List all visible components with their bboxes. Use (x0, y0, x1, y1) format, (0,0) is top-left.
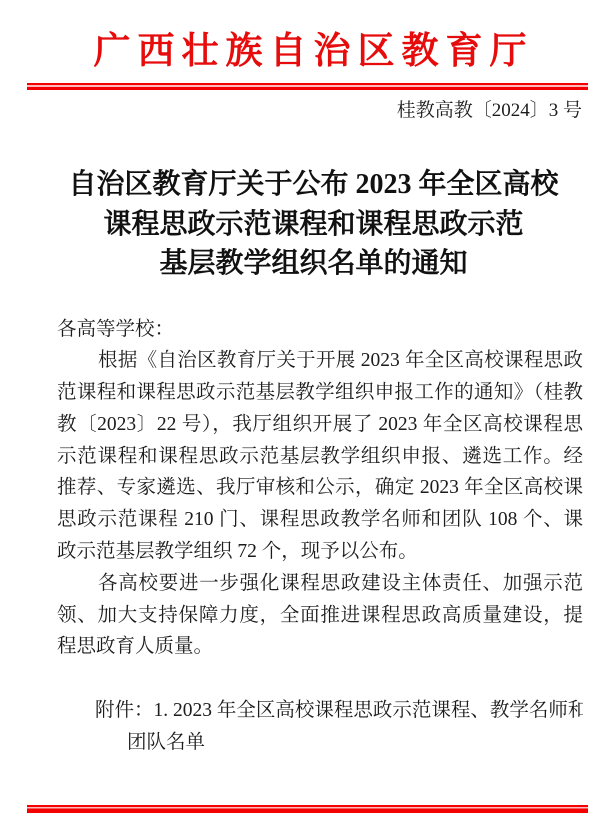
body-line: 示范课程和课程思政示范基层教学组织申报、遴选工作。经学校 (57, 441, 583, 473)
body-line: 领、加大支持保障力度，全面推进课程思政高质量建设，提升课 (57, 600, 583, 632)
agency-title: 广西壮族自治区教育厅 (0, 0, 615, 73)
body-line: 范课程和课程思政示范基层教学组织申报工作的通知》（桂教高 (57, 377, 583, 409)
notice-title-line: 基层教学组织名单的通知 (12, 244, 615, 284)
body-line: 思政示范课程 210 门、课程思政教学名师和团队 108 个、课程思 (57, 504, 583, 536)
body-line: 推荐、专家遴选、我厅审核和公示，确定 2023 年全区高校课程 (57, 472, 583, 504)
attachment-section: 附件：1. 2023 年全区高校课程思政示范课程、教学名师和 团队名单 (57, 695, 583, 759)
header-divider-line (27, 83, 588, 90)
attachment-line: 团队名单 (57, 727, 583, 759)
attachment-line: 附件：1. 2023 年全区高校课程思政示范课程、教学名师和 (57, 695, 583, 727)
notice-title-line: 自治区教育厅关于公布 2023 年全区高校 (12, 165, 615, 205)
notice-title-line: 课程思政示范课程和课程思政示范 (12, 205, 615, 245)
body-section: 各高等学校： 根据《自治区教育厅关于开展 2023 年全区高校课程思政示 范课程… (57, 314, 583, 759)
document-page: 广西壮族自治区教育厅 桂教高教〔2024〕3 号 自治区教育厅关于公布 2023… (0, 0, 615, 825)
greeting-line: 各高等学校： (57, 314, 583, 346)
body-line: 政示范基层教学组织 72 个，现予以公布。 (57, 536, 583, 568)
body-line: 根据《自治区教育厅关于开展 2023 年全区高校课程思政示 (57, 345, 583, 377)
notice-title: 自治区教育厅关于公布 2023 年全区高校 课程思政示范课程和课程思政示范 基层… (0, 165, 615, 284)
body-line: 教〔2023〕22 号），我厅组织开展了 2023 年全区高校课程思政 (57, 409, 583, 441)
document-number: 桂教高教〔2024〕3 号 (0, 99, 615, 123)
body-line: 程思政育人质量。 (57, 631, 583, 663)
footer-divider-line (27, 805, 588, 813)
body-line: 各高校要进一步强化课程思政建设主体责任、加强示范引 (57, 568, 583, 600)
